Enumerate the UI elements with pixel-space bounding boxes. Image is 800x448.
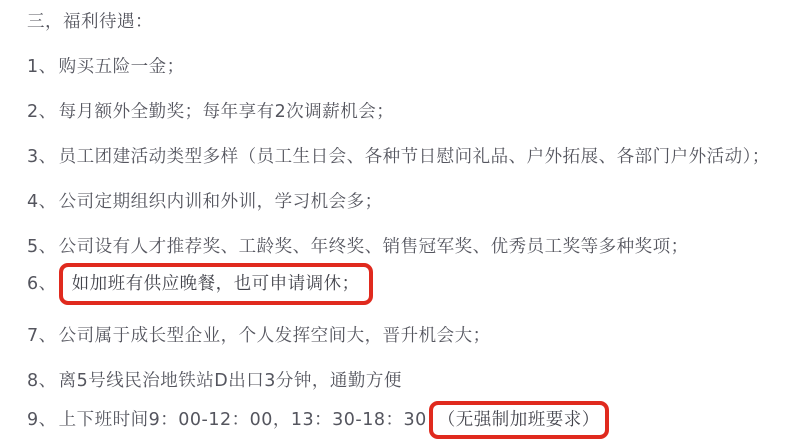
item-text: 上下班时间9：00-12：00，13：30-18：30 (59, 408, 427, 432)
item-text: 员工团建活动类型多样（员工生日会、各种节日慰问礼品、户外拓展、各部门户外活动）； (59, 147, 770, 167)
benefit-item-9: 9、上下班时间9：00-12：00，13：30-18：30（无强制加班要求） (27, 401, 609, 439)
item-text: 每月额外全勤奖；每年享有2次调薪机会； (59, 102, 395, 122)
item-number: 3、 (27, 147, 57, 167)
benefit-item-6: 6、如加班有供应晚餐，也可申请调休； (27, 263, 373, 305)
benefits-document: 三，福利待遇： 1、购买五险一金； 2、每月额外全勤奖；每年享有2次调薪机会； … (0, 0, 800, 448)
item-number: 7、 (27, 326, 57, 346)
item-number: 4、 (27, 192, 57, 212)
item-text: 离5号线民治地铁站D出口3分钟，通勤方便 (59, 371, 402, 391)
benefit-item-1: 1、购买五险一金； (27, 55, 185, 79)
item-number: 8、 (27, 371, 57, 391)
benefit-item-7: 7、公司属于成长型企业，个人发挥空间大，晋升机会大； (27, 324, 491, 348)
highlight-box-no-forced-overtime: （无强制加班要求） (429, 401, 609, 439)
benefit-item-4: 4、公司定期组织内训和外训，学习机会多； (27, 190, 383, 214)
benefit-item-5: 5、公司设有人才推荐奖、工龄奖、年终奖、销售冠军奖、优秀员工奖等多种奖项； (27, 235, 689, 259)
benefit-item-2: 2、每月额外全勤奖；每年享有2次调薪机会； (27, 100, 394, 124)
section-title: 三，福利待遇： (27, 10, 153, 34)
item-number: 1、 (27, 57, 57, 77)
item-number: 5、 (27, 237, 57, 257)
highlight-box-dinner-overtime: 如加班有供应晚餐，也可申请调休； (59, 263, 373, 305)
benefit-item-8: 8、离5号线民治地铁站D出口3分钟，通勤方便 (27, 369, 402, 393)
item-text: 购买五险一金； (59, 57, 185, 77)
item-number: 9、 (27, 408, 57, 432)
item-text: 公司设有人才推荐奖、工龄奖、年终奖、销售冠军奖、优秀员工奖等多种奖项； (59, 237, 689, 257)
item-number: 6、 (27, 272, 57, 296)
item-text: 公司定期组织内训和外训，学习机会多； (59, 192, 383, 212)
item-number: 2、 (27, 102, 57, 122)
item-text: 公司属于成长型企业，个人发挥空间大，晋升机会大； (59, 326, 491, 346)
benefit-item-3: 3、员工团建活动类型多样（员工生日会、各种节日慰问礼品、户外拓展、各部门户外活动… (27, 145, 770, 169)
